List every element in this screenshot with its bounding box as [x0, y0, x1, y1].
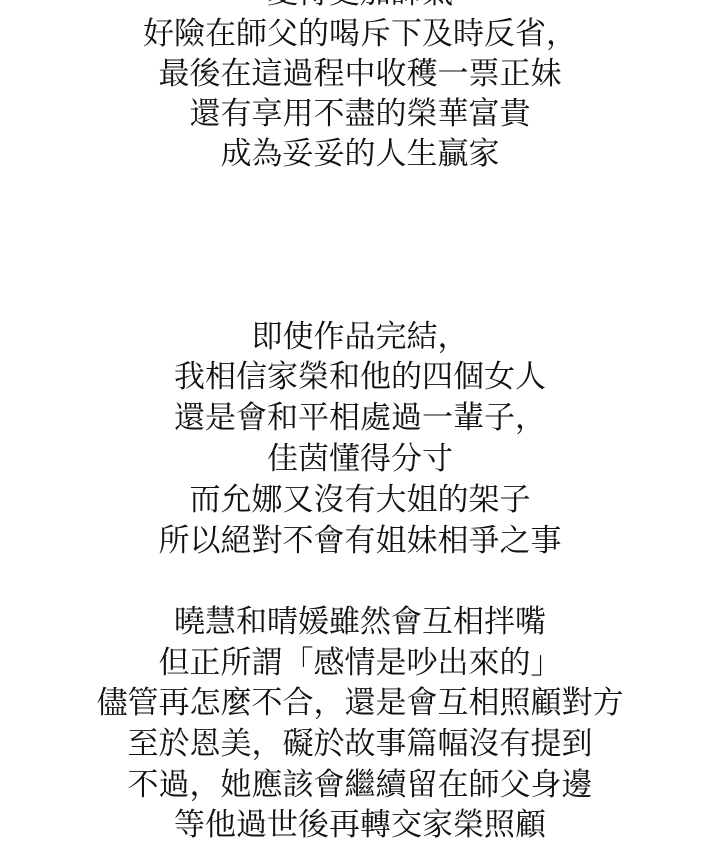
text-line: 還有享用不盡的榮華富貴 [0, 94, 720, 134]
text-line: 佳茵懂得分寸 [0, 439, 720, 479]
text-line: 即使作品完結， [0, 317, 720, 357]
text-line: 成為妥妥的人生贏家 [0, 134, 720, 174]
text-line: 曉慧和晴媛雖然會互相拌嘴 [0, 602, 720, 642]
text-line: 不過，她應該會繼續留在師父身邊 [0, 765, 720, 805]
text-line: 好險在師父的喝斥下及時反省， [0, 14, 720, 54]
text-line-cutoff: 變得更加帥氣 [0, 0, 720, 13]
text-line: 儘管再怎麼不合，還是會互相照顧對方 [0, 683, 720, 723]
text-line: 還是會和平相處過一輩子， [0, 398, 720, 438]
text-line: 但正所謂「感情是吵出來的」 [0, 643, 720, 683]
text-line: 最後在這過程中收穫一票正妹 [0, 54, 720, 94]
text-line: 等他過世後再轉交家榮照顧 [0, 805, 720, 845]
text-line: 我相信家榮和他的四個女人 [0, 357, 720, 397]
text-line: 至於恩美，礙於故事篇幅沒有提到 [0, 724, 720, 764]
text-line: 而允娜又沒有大姐的架子 [0, 480, 720, 520]
comic-afterword-page: 變得更加帥氣 好險在師父的喝斥下及時反省， 最後在這過程中收穫一票正妹 還有享用… [0, 0, 720, 850]
text-line: 所以絕對不會有姐妹相爭之事 [0, 521, 720, 561]
